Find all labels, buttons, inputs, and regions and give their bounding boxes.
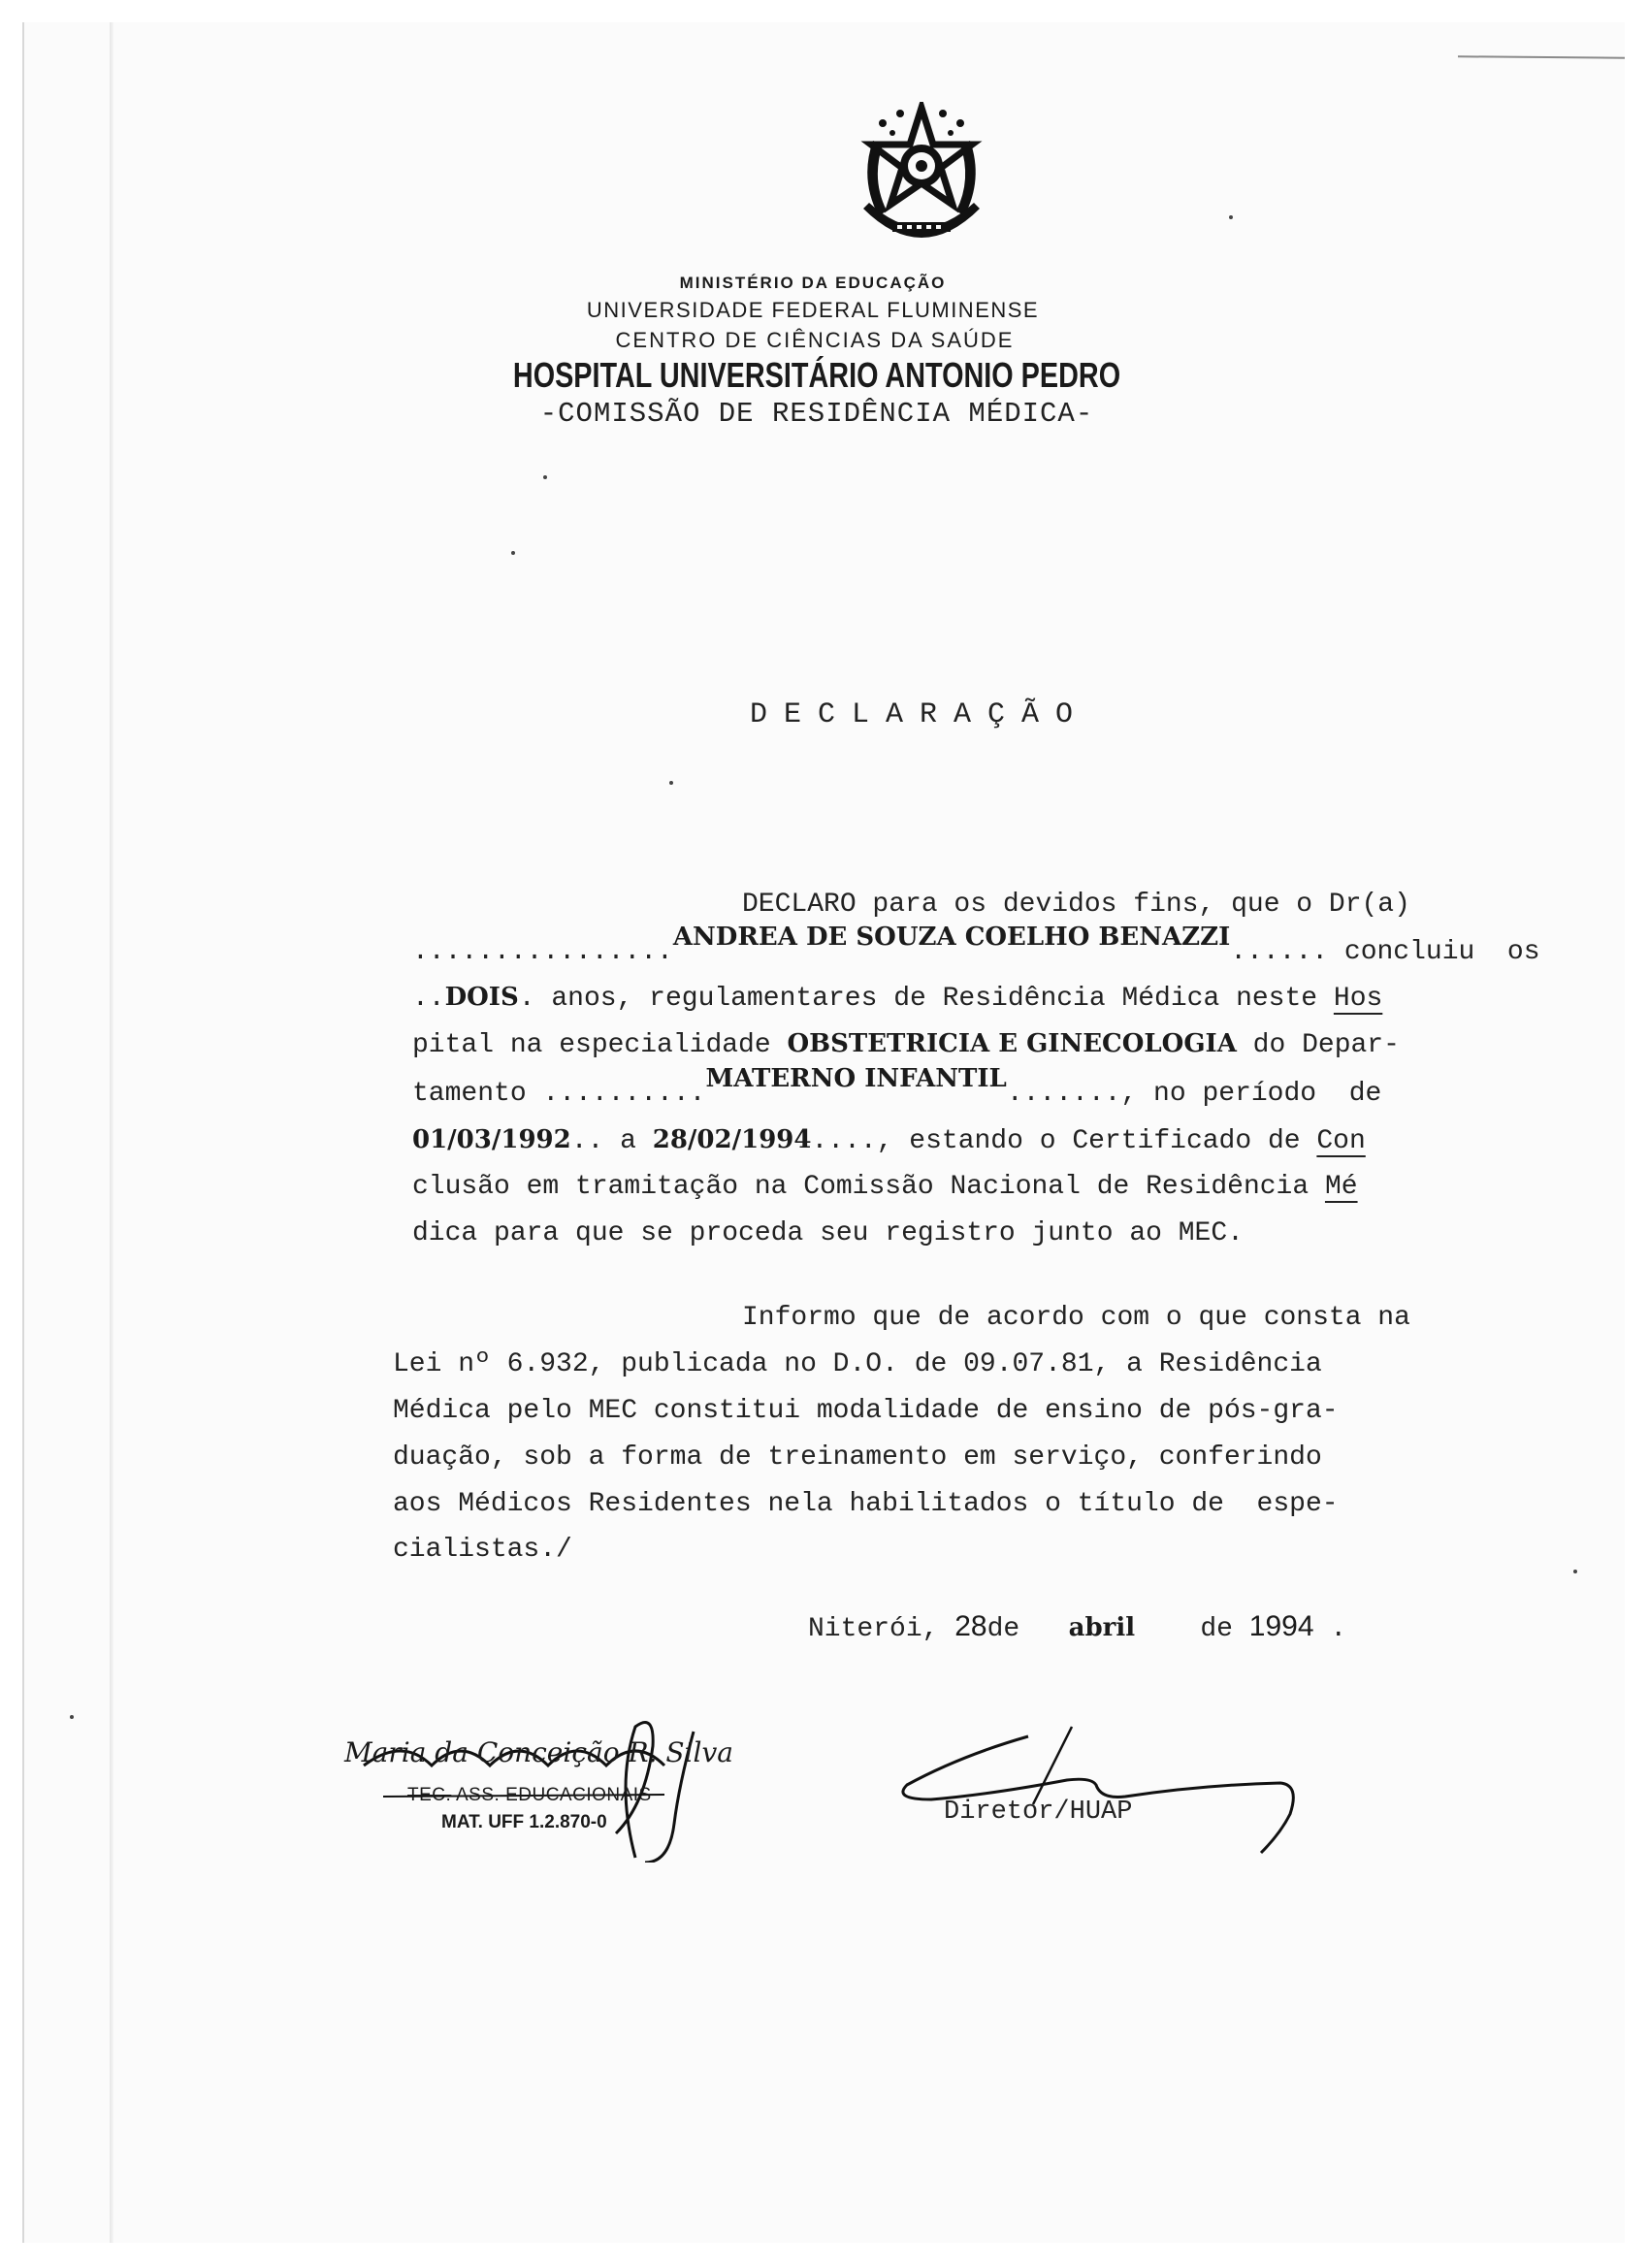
dot-leader: ...... bbox=[1230, 937, 1328, 967]
scan-speck bbox=[70, 1715, 74, 1719]
signatory-left-name: Maria da Conceição R. Silva bbox=[344, 1736, 733, 1768]
scan-speck bbox=[543, 475, 547, 479]
years-text: . anos, regulamentares de Residência Méd… bbox=[519, 984, 1334, 1014]
dot-leader: .. bbox=[571, 1126, 604, 1156]
commission-name: -COMISSÃO DE RESIDÊNCIA MÉDICA- bbox=[0, 398, 1641, 430]
date-day: 28 bbox=[954, 1610, 986, 1642]
period-start-date: 01/03/1992 bbox=[412, 1125, 571, 1154]
dot-leader: .... bbox=[811, 1126, 876, 1156]
signature-right-scribble bbox=[873, 1707, 1300, 1863]
processing-text: clusão em tramitação na Comissão Naciona… bbox=[412, 1172, 1325, 1202]
a-text: a bbox=[603, 1126, 652, 1156]
center-line: CENTRO DE CIÊNCIAS DA SAÚDE bbox=[0, 328, 1639, 353]
department-value: MATERNO INFANTIL bbox=[705, 1064, 1006, 1093]
period-end-date: 28/02/1994 bbox=[653, 1125, 812, 1154]
scan-edge-line bbox=[1458, 55, 1625, 59]
signatory-left-role: TEC. ASS. EDUCACIONAIS bbox=[407, 1785, 652, 1806]
document-title: DECLARAÇÃO bbox=[750, 698, 1089, 731]
period-label: , no período de bbox=[1120, 1079, 1381, 1109]
info-line-6: cialistas./ bbox=[393, 1535, 572, 1565]
years-count: DOIS bbox=[445, 983, 519, 1012]
body-line-5: tamento ..........MATERNO INFANTIL......… bbox=[412, 1078, 1381, 1109]
scan-speck bbox=[669, 781, 673, 785]
brazil-coat-of-arms-icon bbox=[854, 102, 989, 257]
scan-speck bbox=[1229, 215, 1233, 219]
registration-text: dica para que se proceda seu registro ju… bbox=[412, 1218, 1244, 1248]
hyphen-split-word: Mé bbox=[1325, 1172, 1358, 1202]
info-line-4: duação, sob a forma de treinamento em se… bbox=[393, 1442, 1322, 1473]
body-line-1: DECLARO para os devidos fins, que o Dr(a… bbox=[742, 890, 1410, 920]
university-line: UNIVERSIDADE FEDERAL FLUMINENSE bbox=[0, 298, 1637, 323]
struck-role: TEC. bbox=[407, 1785, 451, 1805]
hospital-name: HOSPITAL UNIVERSITÁRIO ANTONIO PEDRO bbox=[157, 355, 1476, 396]
signatory-left-registration: MAT. UFF 1.2.870-0 bbox=[441, 1812, 607, 1833]
body-line-6: 01/03/1992.. a 28/02/1994...., estando o… bbox=[412, 1125, 1366, 1156]
date-month: abril bbox=[1069, 1613, 1135, 1642]
declaro-text: DECLARO para os devidos fins, que o Dr(a… bbox=[742, 890, 1410, 920]
body-line-8: dica para que se proceda seu registro ju… bbox=[412, 1218, 1244, 1248]
info-line-1: Informo que de acordo com o que consta n… bbox=[742, 1303, 1410, 1333]
scan-speck bbox=[1573, 1570, 1577, 1573]
body-line-2: ................ANDREA DE SOUZA COELHO B… bbox=[412, 936, 1540, 967]
role-text: ASS. EDUCACIONAIS bbox=[451, 1785, 651, 1805]
concluiu-text: concluiu os bbox=[1328, 937, 1539, 967]
info-line-2: Lei nº 6.932, publicada no D.O. de 09.07… bbox=[393, 1349, 1322, 1379]
city: Niterói, bbox=[808, 1614, 938, 1644]
body-line-7: clusão em tramitação na Comissão Naciona… bbox=[412, 1172, 1358, 1202]
de-text: de bbox=[1200, 1614, 1233, 1644]
tamento-text: tamento bbox=[412, 1079, 542, 1109]
date-year: 1994 bbox=[1249, 1610, 1314, 1642]
department-label: do Depar- bbox=[1237, 1030, 1400, 1060]
hyphen-split-word: Hos bbox=[1334, 984, 1382, 1014]
dot-leader: ....... bbox=[1007, 1079, 1121, 1109]
period-mark: . bbox=[1330, 1614, 1346, 1644]
dot-leader: ................ bbox=[412, 937, 673, 967]
body-line-4: pital na especialidade OBSTETRICIA E GIN… bbox=[412, 1029, 1400, 1060]
date-line: Niterói, 28de abril de 1994 . bbox=[808, 1610, 1346, 1644]
doctor-name: ANDREA DE SOUZA COELHO BENAZZI bbox=[673, 923, 1230, 952]
dot-leader: .......... bbox=[542, 1079, 705, 1109]
info-line-3: Médica pelo MEC constitui modalidade de … bbox=[393, 1396, 1339, 1426]
paper-fold-shadow bbox=[110, 22, 113, 2243]
certificate-text: , estando o Certificado de bbox=[877, 1126, 1317, 1156]
de-text: de bbox=[987, 1614, 1020, 1644]
hyphen-split-word: Con bbox=[1316, 1126, 1365, 1156]
ministry-line: MINISTÉRIO DA EDUCAÇÃO bbox=[0, 274, 1637, 293]
signatory-right-label: Diretor/HUAP bbox=[944, 1798, 1132, 1827]
scan-speck bbox=[511, 551, 515, 555]
specialty-label: pital na especialidade bbox=[412, 1030, 787, 1060]
body-line-3: ..DOIS. anos, regulamentares de Residênc… bbox=[412, 983, 1382, 1014]
info-line-5: aos Médicos Residentes nela habilitados … bbox=[393, 1489, 1339, 1519]
dot-leader: .. bbox=[412, 984, 445, 1014]
specialty-value: OBSTETRICIA E GINECOLOGIA bbox=[787, 1029, 1236, 1058]
